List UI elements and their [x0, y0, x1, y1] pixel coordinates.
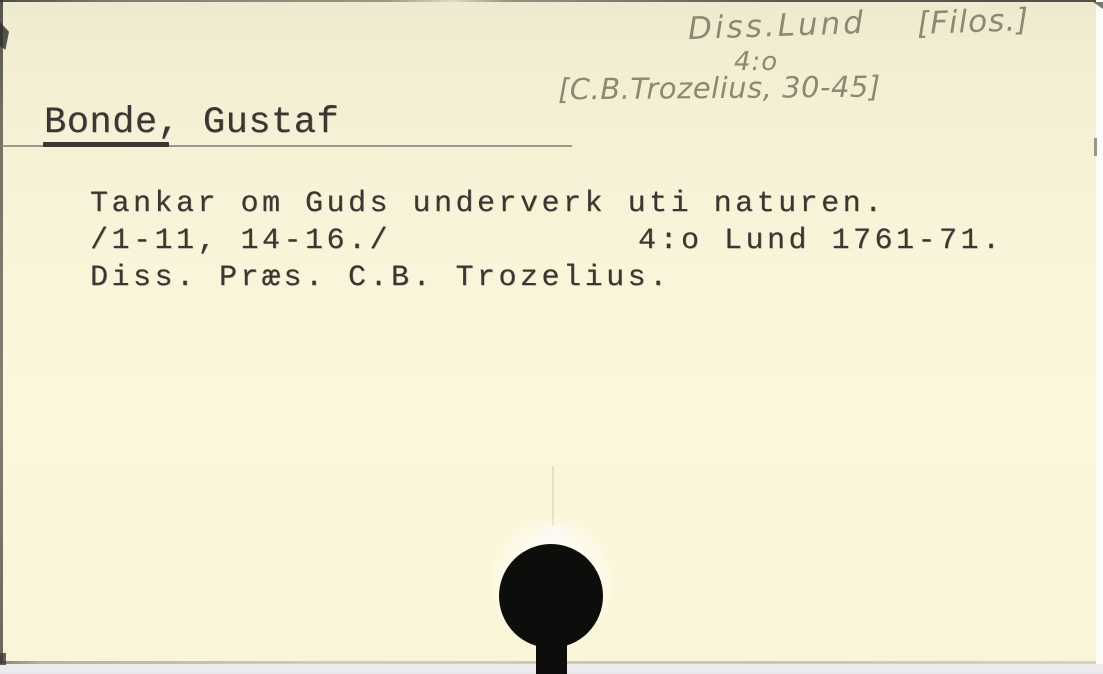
- handwritten-classification: Diss.Lund: [687, 5, 866, 47]
- parts-range: /1-11, 14-16./: [90, 224, 391, 258]
- corner-smudge-bottom-left: [0, 653, 6, 665]
- handwritten-subject-bracket: [Filos.]: [916, 2, 1029, 42]
- title-line: Tankar om Guds underverk uti naturen.: [90, 186, 886, 223]
- author-underline: [43, 142, 169, 147]
- scanned-catalog-card-photo: Diss.Lund [Filos.] 4:o [C.B.Trozelius, 3…: [0, 0, 1103, 674]
- handwritten-reference: [C.B.Trozelius, 30-45]: [558, 70, 881, 107]
- punch-hole-slot: [536, 628, 567, 674]
- scan-margin-right: [1096, 0, 1103, 674]
- card-top-edge: [0, 0, 1103, 2]
- author-heading: Bonde, Gustaf: [44, 102, 339, 144]
- parts-imprint-line: /1-11, 14-16./ 4:o Lund 1761-71.: [90, 223, 886, 260]
- card-right-edge-notch: [1094, 138, 1097, 156]
- card-body: Tankar om Guds underverk uti naturen. /1…: [90, 186, 886, 297]
- card-left-edge: [0, 0, 3, 663]
- dissertation-line: Diss. Præs. C.B. Trozelius.: [90, 260, 886, 297]
- imprint: 4:o Lund 1761-71.: [638, 223, 1004, 260]
